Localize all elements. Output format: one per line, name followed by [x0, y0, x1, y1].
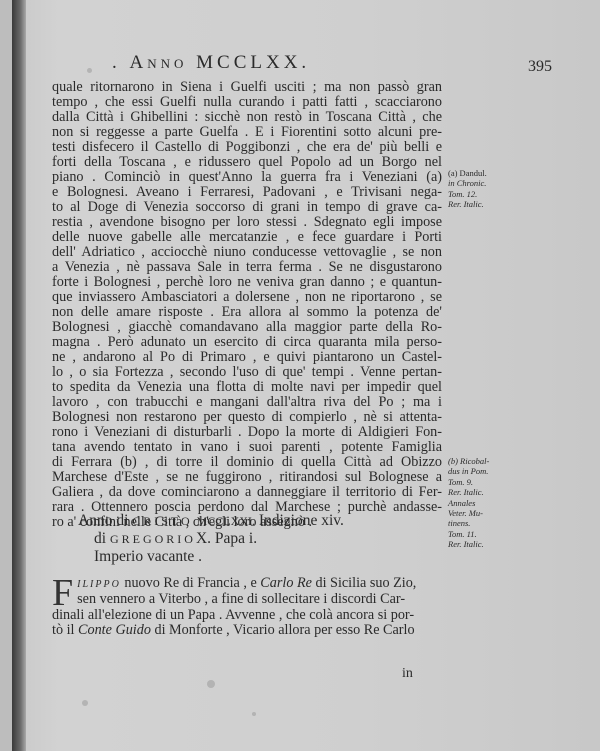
text-line: tana avendo tentato in vano i suoi paren…: [52, 440, 442, 455]
margin-note-b: (b) Ricobal- dus in Pom. Tom. 9. Rer. It…: [448, 456, 508, 550]
heading-year: mcclxxi.: [197, 514, 255, 528]
margin-note-line: Tom. 12.: [448, 189, 508, 199]
margin-note-line: Rer. Italic.: [448, 199, 508, 209]
paper-stain: [87, 68, 92, 73]
text-line: dinali all'elezione di un Papa . Avvenne…: [52, 608, 442, 623]
text-line: dalla Città i Ghibellini : sicchè non re…: [52, 110, 442, 125]
text-line: quale ritornarono in Siena i Guelfi usci…: [52, 80, 442, 95]
text-line: a Venezia , nè passava Sale in terra fer…: [52, 260, 442, 275]
heading-line-1: Anno di Cristo mcclxxi. Indizione xiv.: [78, 512, 344, 529]
text-line: lo , o sia Fortezza , secondo l'uso di q…: [52, 365, 442, 380]
heading-pope-name: Gregorio: [110, 532, 196, 546]
year-heading: Anno di Cristo mcclxxi. Indizione xiv. d…: [78, 512, 344, 565]
margin-note-line: Rer. Italic.: [448, 487, 508, 497]
heading-indiction: Indizione xiv.: [259, 512, 344, 529]
text-line: Bolognesi non restarono per questo di co…: [52, 410, 442, 425]
paper-stain: [207, 680, 215, 688]
second-paragraph: F ilippo nuovo Re di Francia , e Carlo R…: [52, 576, 442, 638]
running-head-year: MCCLXX.: [196, 52, 310, 73]
text-line: lavoro , con trabucchi e mangani dall'al…: [52, 395, 442, 410]
text-line: forti della Toscana , e ridussero quel P…: [52, 155, 442, 170]
margin-note-line: (a) Dandul.: [448, 168, 508, 178]
running-head: . Anno MCCLXX.: [112, 52, 442, 74]
text-line: rono i Veneziani di disturbarli . Dopo l…: [52, 425, 442, 440]
text-span: nuovo Re di Francia , e: [121, 575, 260, 591]
text-line: magna . Però adunato un esercito di circ…: [52, 335, 442, 350]
margin-note-line: tinens.: [448, 518, 508, 528]
margin-note-line: dus in Pom.: [448, 466, 508, 476]
text-line: Marchese d'Este , se ne fuggirono , riti…: [52, 470, 442, 485]
heading-pope-number: X. Papa i.: [196, 530, 257, 547]
text-line: e Bolognesi. Aveano i Ferraresi, Padovan…: [52, 185, 442, 200]
text-line: tò il Conte Guido di Monforte , Vicario …: [52, 623, 442, 638]
text-line: que inviassero Ambasciatori a dolersene …: [52, 290, 442, 305]
page-number: 395: [528, 58, 552, 76]
text-line: delle nuove gabelle alle mercatanzie , e…: [52, 230, 442, 245]
margin-note-line: Annales: [448, 498, 508, 508]
main-paragraph: quale ritornarono in Siena i Guelfi usci…: [52, 80, 442, 530]
margin-note-line: Rer. Italic.: [448, 539, 508, 549]
small-caps-word: ilippo: [77, 579, 121, 590]
text-span: di Monforte , Vicario allora per esso Re…: [151, 622, 415, 638]
italic-name: Conte Guido: [78, 622, 151, 638]
text-line: testi disfecero il Castello di Poggibonz…: [52, 140, 442, 155]
margin-note-line: Tom. 11.: [448, 529, 508, 539]
text-line: sen vennero a Viterbo , a fine di sollec…: [52, 592, 442, 607]
paper-stain: [82, 700, 88, 706]
running-head-word: Anno: [130, 52, 188, 73]
paper-stain: [252, 712, 256, 716]
text-line: tempo , che essi Guelfi nulla curando i …: [52, 95, 442, 110]
text-line: non si reggesse a parte Guelfa . E i Fio…: [52, 125, 442, 140]
text-line: ne , andarono al Po di Primaro , e quivi…: [52, 350, 442, 365]
text-line: Bolognesi , giacchè comandavano alla mag…: [52, 320, 442, 335]
text-line: dell' Adriatico , acciocchè niuno conduc…: [52, 245, 442, 260]
margin-note-a: (a) Dandul. in Chronic. Tom. 12. Rer. It…: [448, 168, 508, 210]
running-head-dot: .: [112, 52, 121, 73]
heading-name: Cristo: [132, 514, 192, 528]
text-line: Galiera , da dove cominciarono a dannegg…: [52, 485, 442, 500]
text-span: di Sicilia suo Zio,: [312, 575, 416, 591]
text-line: forte i Bolognesi , perchè loro ne veniv…: [52, 275, 442, 290]
margin-note-line: Tom. 9.: [448, 477, 508, 487]
text-line: to al Doge di Venezia soccorso di grani …: [52, 200, 442, 215]
catchword: in: [402, 666, 413, 682]
text-line: to spedita da Venezia una flotta di molt…: [52, 380, 442, 395]
heading-line-3: Imperio vacante .: [78, 548, 344, 565]
text-span: tò il: [52, 622, 78, 638]
heading-text: di: [94, 530, 106, 547]
text-line: ilippo nuovo Re di Francia , e Carlo Re …: [52, 576, 442, 592]
heading-text: Anno di: [78, 512, 128, 529]
margin-note-line: (b) Ricobal-: [448, 456, 508, 466]
italic-name: Carlo Re: [260, 575, 312, 591]
text-line: di Ferrara (b) , di torre il dominio di …: [52, 455, 442, 470]
book-spine-shadow: [12, 0, 26, 751]
heading-line-2: di GregorioX. Papa i.: [78, 530, 344, 548]
margin-note-line: in Chronic.: [448, 178, 508, 188]
drop-cap: F: [52, 578, 73, 608]
text-line: piano . Cominciò in quest'Anno la guerra…: [52, 170, 442, 185]
text-line: non delle amare risposte . Era allora al…: [52, 305, 442, 320]
text-line: restia , avendone bisogno per loro stess…: [52, 215, 442, 230]
margin-note-line: Veter. Mu-: [448, 508, 508, 518]
